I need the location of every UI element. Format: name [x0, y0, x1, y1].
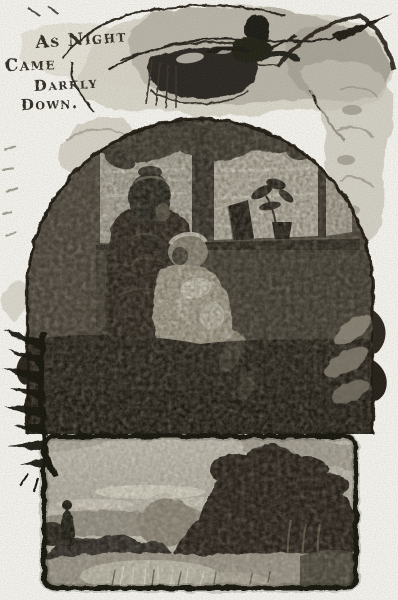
caption-line-4: Down.: [21, 94, 79, 114]
engraving-illustration: As Night Came Darkly Down.: [0, 0, 398, 600]
engraving-page: As Night Came Darkly Down.: [0, 0, 398, 600]
landscape-panel: [38, 436, 356, 592]
leaf-fleck: [342, 105, 362, 115]
engraving-mottle: [44, 436, 356, 588]
leaf-fleck: [337, 155, 355, 165]
caption-line-3: Darkly: [33, 74, 98, 95]
caption-line-2: Came: [4, 54, 56, 76]
